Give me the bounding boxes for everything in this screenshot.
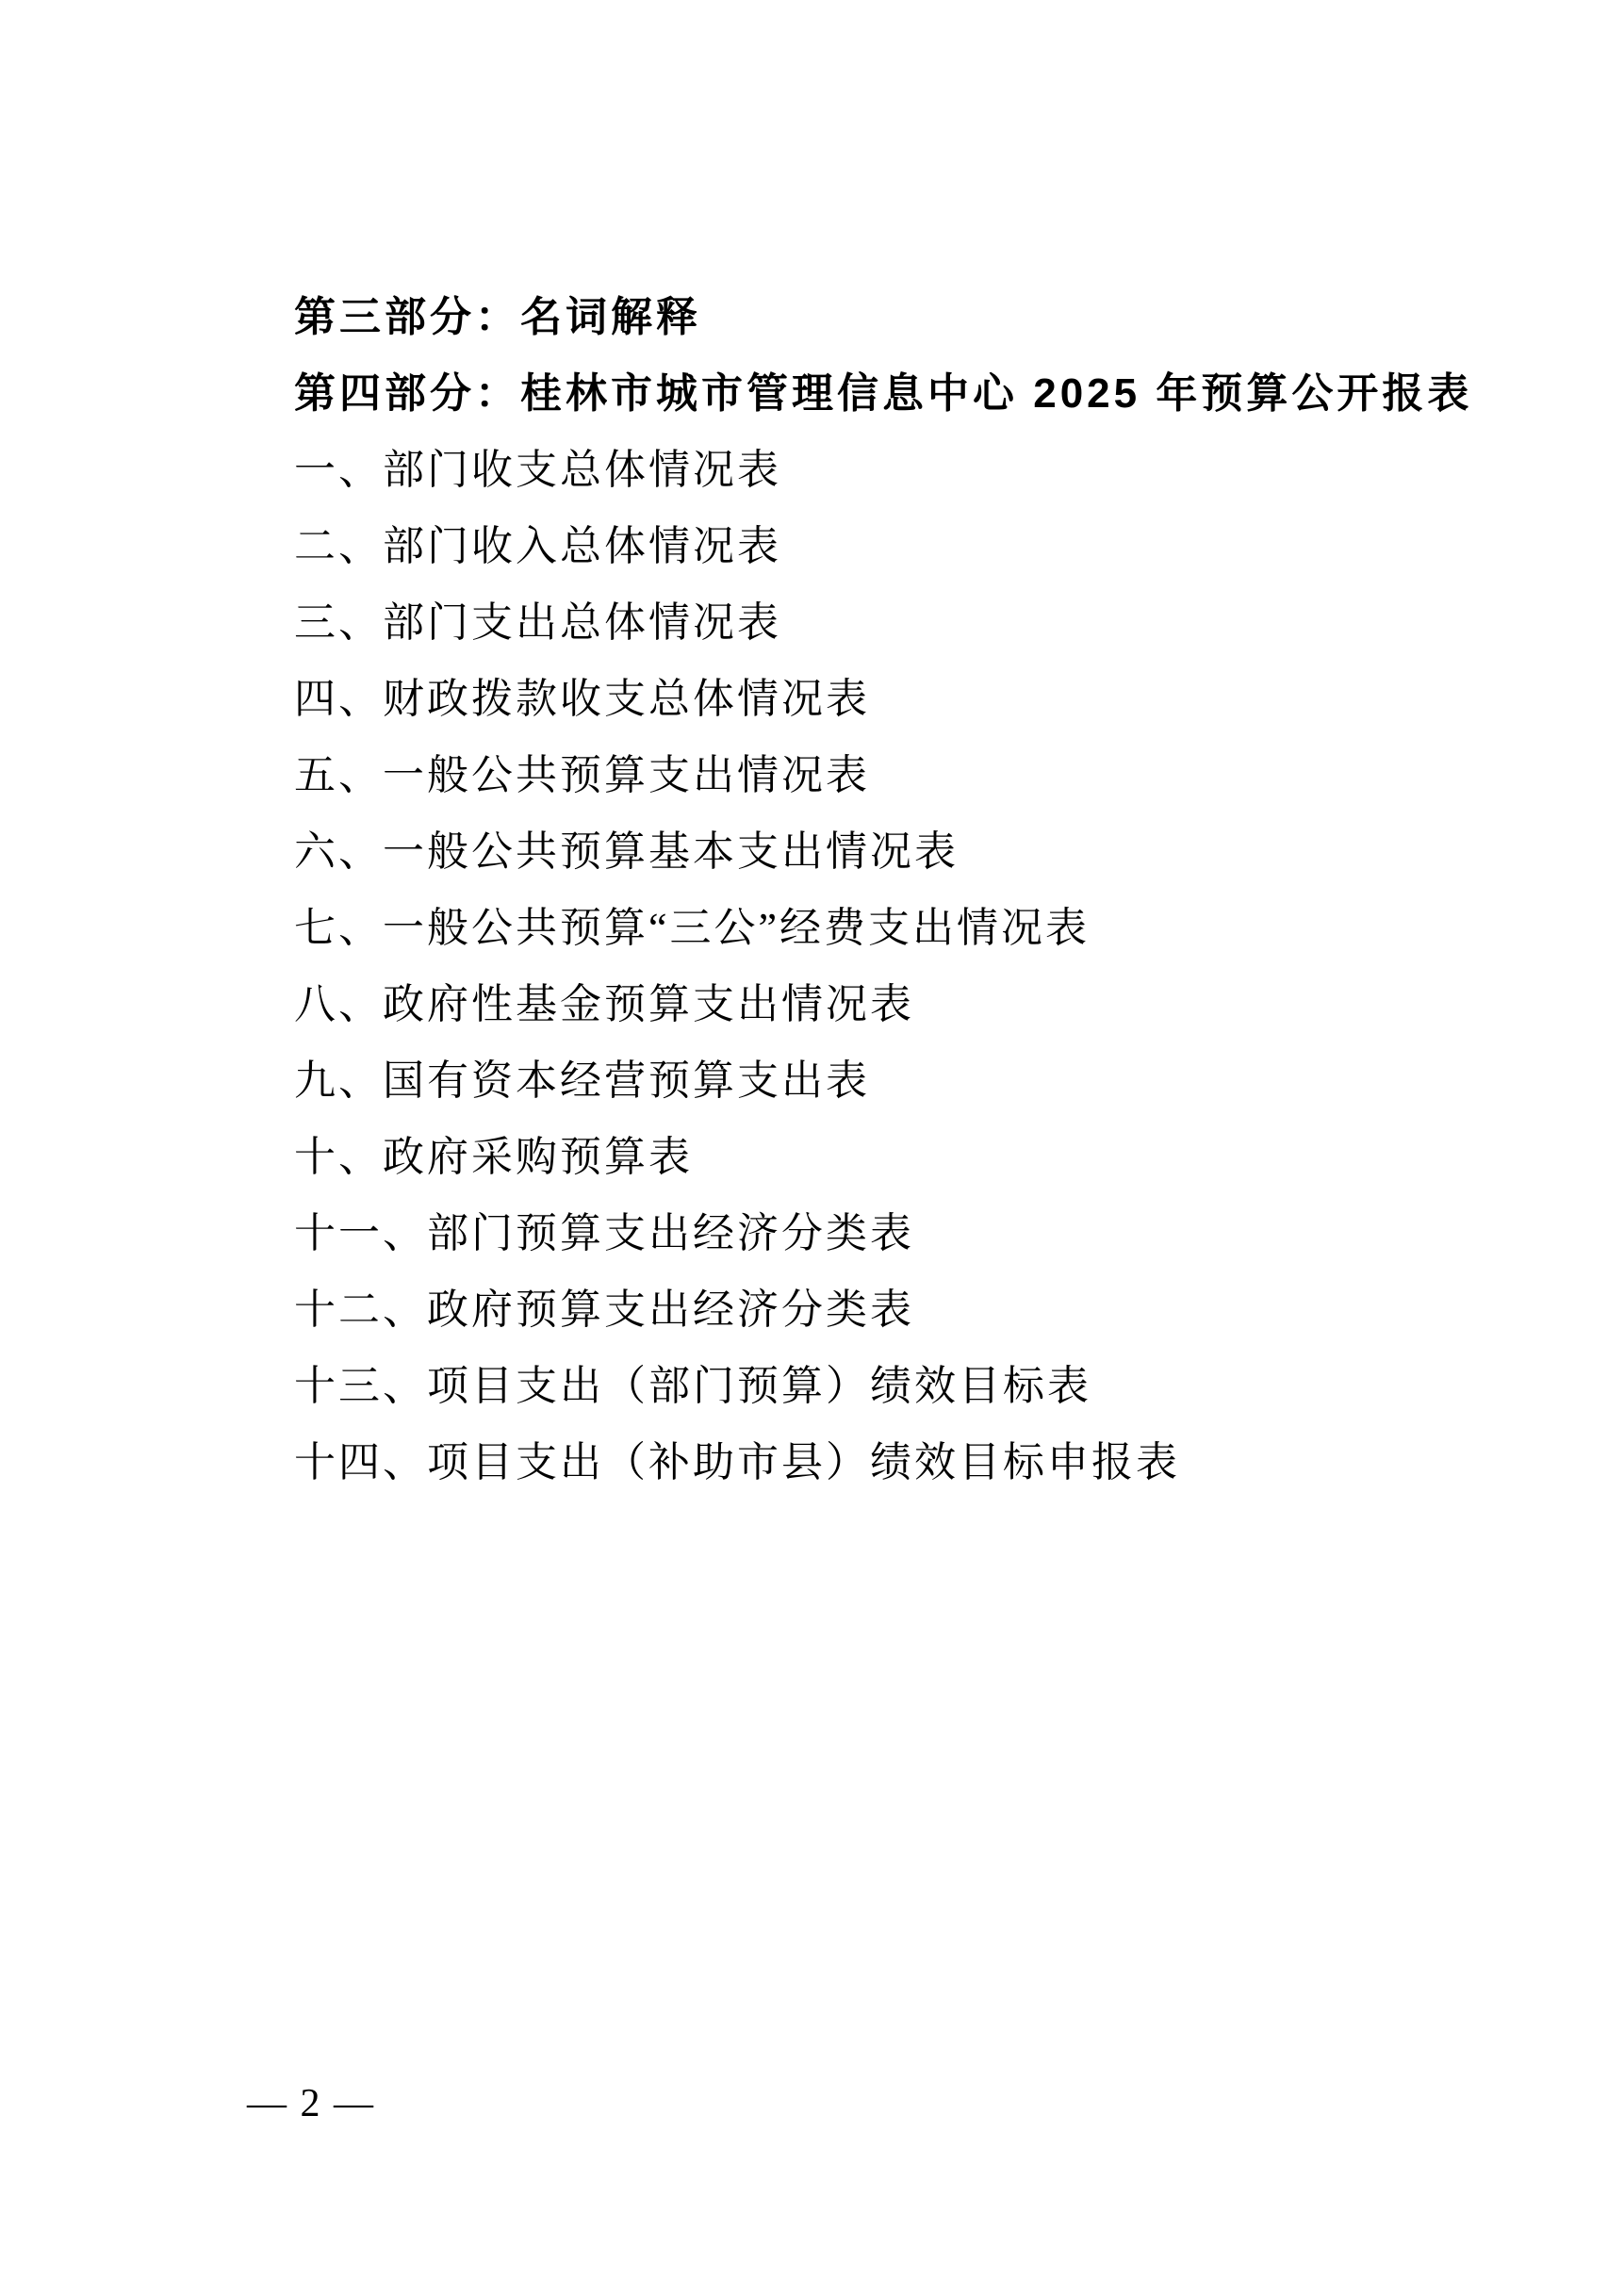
toc-item-4: 四、财政拨款收支总体情况表: [294, 661, 1472, 737]
page-number: — 2 —: [247, 2079, 375, 2128]
toc-item-2: 二、部门收入总体情况表: [294, 508, 1472, 584]
toc-item-1: 一、部门收支总体情况表: [294, 432, 1472, 508]
toc-item-5: 五、一般公共预算支出情况表: [294, 737, 1472, 813]
toc-item-14: 十四、项目支出（补助市县）绩效目标申报表: [294, 1424, 1472, 1501]
toc-item-6: 六、一般公共预算基本支出情况表: [294, 813, 1472, 890]
toc-item-10: 十、政府采购预算表: [294, 1119, 1472, 1195]
toc-item-11: 十一、部门预算支出经济分类表: [294, 1195, 1472, 1271]
toc-item-9: 九、国有资本经营预算支出表: [294, 1042, 1472, 1119]
toc-item-3: 三、部门支出总体情况表: [294, 584, 1472, 661]
section-heading-part4: 第四部分：桂林市城市管理信息中心 2025 年预算公开报表: [294, 355, 1472, 432]
toc-item-13: 十三、项目支出（部门预算）绩效目标表: [294, 1348, 1472, 1424]
toc-item-8: 八、政府性基金预算支出情况表: [294, 966, 1472, 1042]
section-heading-part3: 第三部分：名词解释: [294, 279, 1472, 355]
toc-content: 第三部分：名词解释 第四部分：桂林市城市管理信息中心 2025 年预算公开报表 …: [294, 279, 1472, 1501]
document-page: 第三部分：名词解释 第四部分：桂林市城市管理信息中心 2025 年预算公开报表 …: [0, 0, 1624, 2296]
toc-item-12: 十二、政府预算支出经济分类表: [294, 1271, 1472, 1348]
toc-item-7: 七、一般公共预算“三公”经费支出情况表: [294, 890, 1472, 966]
